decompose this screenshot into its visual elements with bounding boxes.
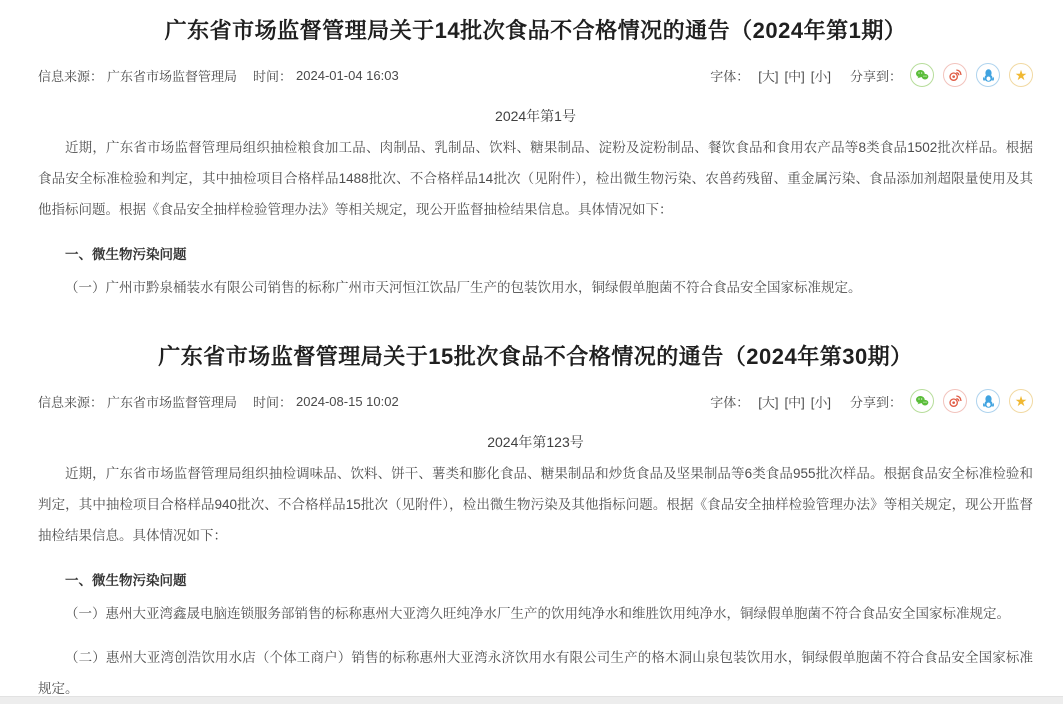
share-icons: ★ xyxy=(910,389,1033,413)
section-heading: 一、微生物污染问题 xyxy=(38,239,1033,270)
announcement-2: 广东省市场监督管理局关于15批次食品不合格情况的通告（2024年第30期） 信息… xyxy=(0,316,1063,704)
section-heading: 一、微生物污染问题 xyxy=(38,565,1033,596)
time-label: 时间： xyxy=(253,392,292,411)
page-title: 广东省市场监督管理局关于14批次食品不合格情况的通告（2024年第1期） xyxy=(38,0,1033,46)
meta-row: 信息来源： 广东省市场监督管理局 时间： 2024-08-15 10:02 字体… xyxy=(38,388,1033,414)
font-size-small-button[interactable]: [小] xyxy=(811,66,831,85)
weibo-share-icon[interactable] xyxy=(943,63,967,87)
font-size-medium-button[interactable]: [中] xyxy=(785,392,805,411)
time-value: 2024-08-15 10:02 xyxy=(296,394,399,409)
share-label: 分享到： xyxy=(850,392,902,411)
share-icons: ★ xyxy=(910,63,1033,87)
font-size-small-button[interactable]: [小] xyxy=(811,392,831,411)
violation-item: （一）广州市黔泉桶装水有限公司销售的标称广州市天河恒江饮品厂生产的包装饮用水，铜… xyxy=(38,272,1033,303)
meta-source-time: 信息来源： 广东省市场监督管理局 时间： 2024-08-15 10:02 xyxy=(38,392,399,411)
font-size-large-button[interactable]: [大] xyxy=(758,392,778,411)
time-label: 时间： xyxy=(253,66,292,85)
star-icon: ★ xyxy=(1015,394,1028,408)
source-label: 信息来源： xyxy=(38,66,103,85)
font-label: 字体： xyxy=(710,392,749,411)
qq-share-icon[interactable] xyxy=(976,63,1000,87)
source-label: 信息来源： xyxy=(38,392,103,411)
qq-share-icon[interactable] xyxy=(976,389,1000,413)
source-value: 广东省市场监督管理局 xyxy=(107,392,237,411)
qzone-share-icon[interactable]: ★ xyxy=(1009,63,1033,87)
announcement-paragraph: 近期，广东省市场监督管理局组织抽检调味品、饮料、饼干、薯类和膨化食品、糖果制品和… xyxy=(38,458,1033,551)
time-value: 2024-01-04 16:03 xyxy=(296,68,399,83)
font-size-medium-button[interactable]: [中] xyxy=(785,66,805,85)
page-bottom-bar xyxy=(0,696,1063,704)
font-size-large-button[interactable]: [大] xyxy=(758,66,778,85)
doc-number: 2024年第1号 xyxy=(38,106,1033,126)
meta-tools: 字体： [大] [中] [小] 分享到： xyxy=(710,63,1033,87)
font-label: 字体： xyxy=(710,66,749,85)
doc-number: 2024年第123号 xyxy=(38,432,1033,452)
announcement-paragraph: 近期，广东省市场监督管理局组织抽检粮食加工品、肉制品、乳制品、饮料、糖果制品、淀… xyxy=(38,132,1033,225)
violation-item: （二）惠州大亚湾创浩饮用水店（个体工商户）销售的标称惠州大亚湾永济饮用水有限公司… xyxy=(38,642,1033,704)
weibo-share-icon[interactable] xyxy=(943,389,967,413)
announcement-1: 广东省市场监督管理局关于14批次食品不合格情况的通告（2024年第1期） 信息来… xyxy=(0,0,1063,303)
wechat-share-icon[interactable] xyxy=(910,389,934,413)
page-title: 广东省市场监督管理局关于15批次食品不合格情况的通告（2024年第30期） xyxy=(38,316,1033,372)
meta-tools: 字体： [大] [中] [小] 分享到： xyxy=(710,389,1033,413)
wechat-share-icon[interactable] xyxy=(910,63,934,87)
meta-source-time: 信息来源： 广东省市场监督管理局 时间： 2024-01-04 16:03 xyxy=(38,66,399,85)
source-value: 广东省市场监督管理局 xyxy=(107,66,237,85)
qzone-share-icon[interactable]: ★ xyxy=(1009,389,1033,413)
share-label: 分享到： xyxy=(850,66,902,85)
violation-item: （一）惠州大亚湾鑫晟电脑连锁服务部销售的标称惠州大亚湾久旺纯净水厂生产的饮用纯净… xyxy=(38,598,1033,629)
star-icon: ★ xyxy=(1015,68,1028,82)
meta-row: 信息来源： 广东省市场监督管理局 时间： 2024-01-04 16:03 字体… xyxy=(38,62,1033,88)
